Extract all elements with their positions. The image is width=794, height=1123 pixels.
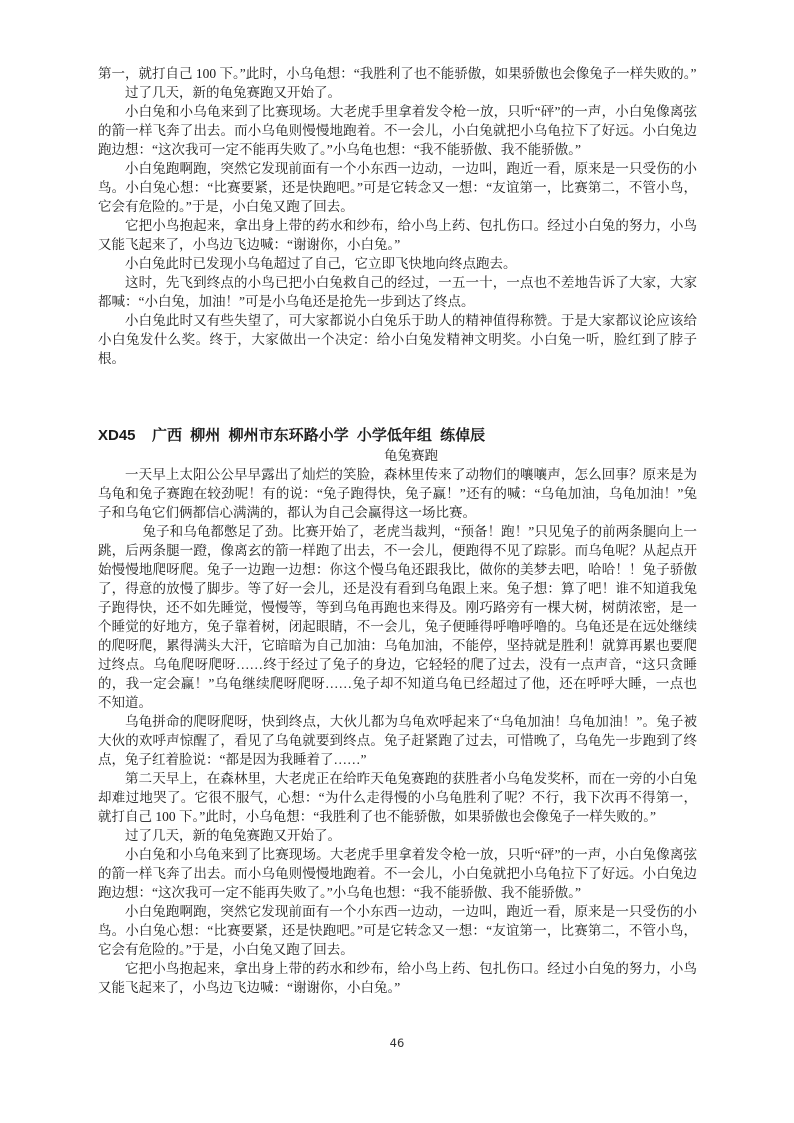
paragraph: 这时，先飞到终点的小鸟已把小白兔救自己的经过，一五一十，一点也不差地告诉了大家，… bbox=[98, 273, 697, 311]
story2-body: 一天早上太阳公公早早露出了灿烂的笑脸，森林里传来了动物们的嚷嚷声，怎么回事？原来… bbox=[98, 465, 697, 997]
paragraph: 第二天早上，在森林里，大老虎正在给昨天龟兔赛跑的获胜者小乌龟发奖杯，而在一旁的小… bbox=[98, 769, 697, 826]
entry-region: 广西 bbox=[152, 427, 182, 444]
page-content: 第一，就打自己 100 下。”此时，小乌龟想：“我胜利了也不能骄傲，如果骄傲也会… bbox=[98, 64, 697, 997]
entry-code: XD45 bbox=[98, 427, 136, 444]
paragraph: 小白兔跑啊跑，突然它发现前面有一个小东西一边动，一边叫，跑近一看，原来是一只受伤… bbox=[98, 902, 697, 959]
page-number: 46 bbox=[0, 1036, 794, 1050]
paragraph: 它把小鸟抱起来，拿出身上带的药水和纱布，给小鸟上药、包扎伤口。经过小白兔的努力，… bbox=[98, 216, 697, 254]
entry-city: 柳州 bbox=[190, 427, 220, 444]
entry-school: 柳州市东环路小学 bbox=[229, 427, 349, 444]
paragraph: 它把小鸟抱起来，拿出身上带的药水和纱布，给小鸟上药、包扎伤口。经过小白兔的努力，… bbox=[98, 959, 697, 997]
paragraph: 小白兔和小乌龟来到了比赛现场。大老虎手里拿着发令枪一放，只听“砰”的一声，小白兔… bbox=[98, 845, 697, 902]
paragraph: 过了几天，新的龟兔赛跑又开始了。 bbox=[98, 83, 697, 102]
paragraph: 第一，就打自己 100 下。”此时，小乌龟想：“我胜利了也不能骄傲，如果骄傲也会… bbox=[98, 64, 697, 83]
entry-group: 小学低年组 bbox=[357, 427, 432, 444]
paragraph: 小白兔此时又有些失望了，可大家都说小白兔乐于助人的精神值得称赞。于是大家都议论应… bbox=[98, 311, 697, 368]
paragraph: 乌龟拼命的爬呀爬呀，快到终点，大伙儿都为乌龟欢呼起来了“乌龟加油！乌龟加油！”。… bbox=[98, 712, 697, 769]
story1-continuation: 第一，就打自己 100 下。”此时，小乌龟想：“我胜利了也不能骄傲，如果骄傲也会… bbox=[98, 64, 697, 368]
paragraph: 小白兔此时已发现小乌龟超过了自己，它立即飞快地向终点跑去。 bbox=[98, 254, 697, 273]
paragraph: 兔子和乌龟都憋足了劲。比赛开始了，老虎当裁判，“预备！跑！”只见兔子的前两条腿向… bbox=[98, 522, 697, 712]
document-page: 第一，就打自己 100 下。”此时，小乌龟想：“我胜利了也不能骄傲，如果骄傲也会… bbox=[0, 0, 794, 1123]
paragraph: 一天早上太阳公公早早露出了灿烂的笑脸，森林里传来了动物们的嚷嚷声，怎么回事？原来… bbox=[98, 465, 697, 522]
entry-author: 练倬辰 bbox=[440, 427, 485, 444]
entry-heading: XD45广西柳州柳州市东环路小学小学低年组练倬辰 bbox=[98, 426, 697, 446]
paragraph: 过了几天，新的龟兔赛跑又开始了。 bbox=[98, 826, 697, 845]
paragraph: 小白兔和小乌龟来到了比赛现场。大老虎手里拿着发令枪一放，只听“砰”的一声，小白兔… bbox=[98, 102, 697, 159]
paragraph: 小白兔跑啊跑，突然它发现前面有一个小东西一边动，一边叫，跑近一看，原来是一只受伤… bbox=[98, 159, 697, 216]
story-title: 龟兔赛跑 bbox=[98, 446, 697, 465]
